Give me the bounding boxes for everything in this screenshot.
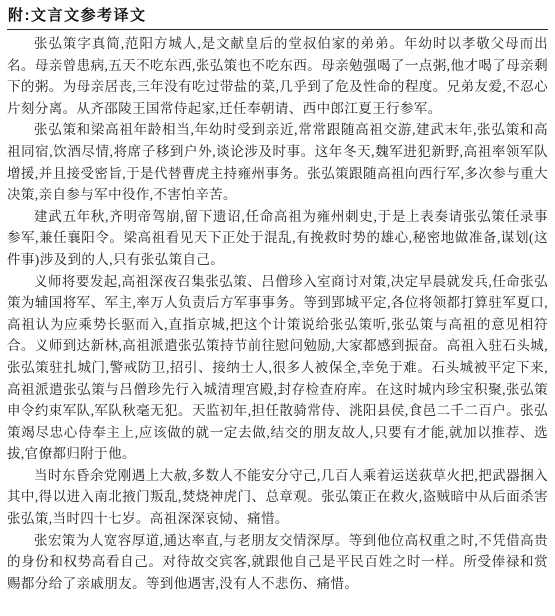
translation-paragraph-2: 张弘策和梁高祖年龄相当,年幼时受到亲近,常常跟随高祖交游,建武末年,张弘策和高祖…	[7, 119, 548, 205]
translation-paragraph-5: 当时东昏余党刚遇上大赦,多数人不能安分守己,几百人乘着运送荻草火把,把武器捆入其…	[7, 465, 548, 530]
document-page: 附:文言文参考译文 张弘策字真简,范阳方城人,是文献皇后的堂叔伯家的弟弟。年幼时…	[0, 0, 555, 616]
translation-body: 张弘策字真简,范阳方城人,是文献皇后的堂叔伯家的弟弟。年幼时以孝敬父母而出名。母…	[7, 32, 548, 594]
translation-paragraph-6: 张宏策为人宽容厚道,通达率直,与老朋友交情深厚。等到他位高权重之时,不凭借高贵的…	[7, 530, 548, 595]
translation-paragraph-4: 义师将要发起,高祖深夜召集张弘策、吕僧珍入室商讨对策,决定早晨就发兵,任命张弘策…	[7, 271, 548, 465]
translation-paragraph-3: 建武五年秋,齐明帝驾崩,留下遗诏,任命高祖为雍州刺史,于是上表奏请张弘策任录事参…	[7, 206, 548, 271]
title-divider	[7, 29, 548, 30]
document-title: 附:文言文参考译文	[7, 4, 548, 29]
translation-paragraph-1: 张弘策字真简,范阳方城人,是文献皇后的堂叔伯家的弟弟。年幼时以孝敬父母而出名。母…	[7, 33, 548, 119]
